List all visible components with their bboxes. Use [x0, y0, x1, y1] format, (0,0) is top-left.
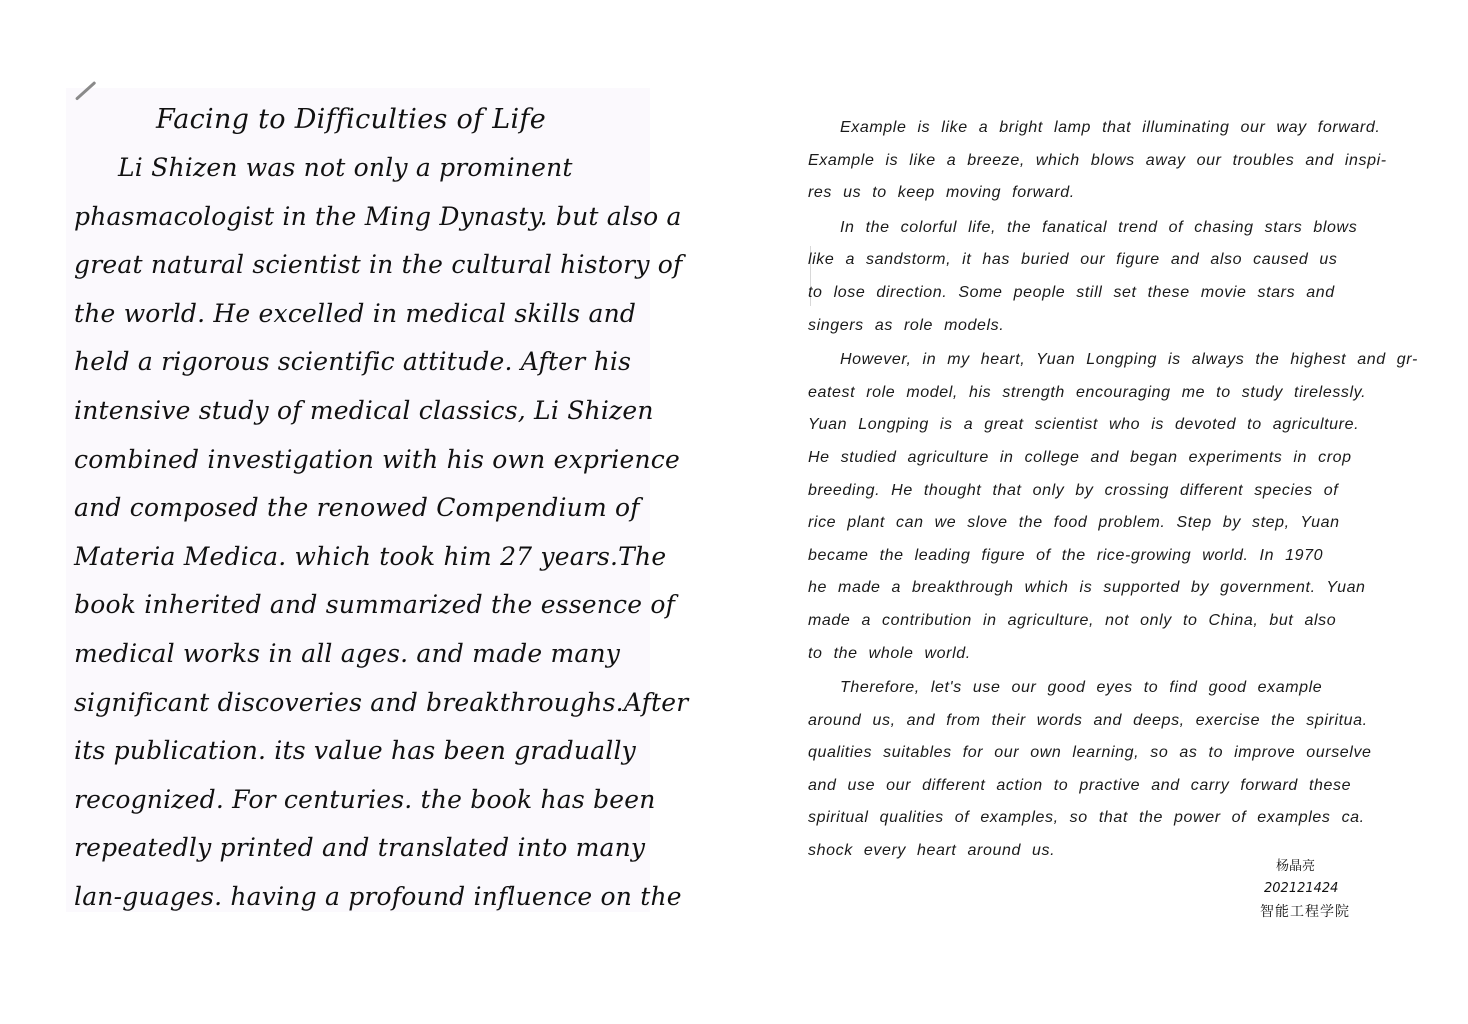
handwritten-line: significant discoveries and breakthrough… — [74, 679, 650, 728]
handwritten-line: combined investigation with his own expr… — [74, 436, 650, 485]
handwritten-line: the world. He excelled in medical skills… — [74, 290, 650, 339]
handwritten-line: Materia Medica. which took him 27 years.… — [74, 533, 650, 582]
handwritten-line: spiritual qualities of examples, so that… — [808, 802, 1408, 835]
handwritten-line: to lose direction. Some people still set… — [808, 277, 1408, 310]
handwritten-line: phasmacologist in the Ming Dynasty. but … — [74, 193, 650, 242]
handwritten-line: and use our different action to practive… — [808, 770, 1408, 803]
right-essay-body: Example is like a bright lamp that illum… — [808, 112, 1408, 868]
student-id: 202121424 — [1262, 878, 1382, 900]
handwritten-line: lan-guages. having a profound influence … — [74, 873, 650, 922]
left-essay-body: Li Shizen was not only a prominentphasma… — [74, 144, 650, 922]
handwritten-line: medical works in all ages. and made many — [74, 630, 650, 679]
handwritten-line: became the leading figure of the rice-gr… — [808, 540, 1408, 573]
handwritten-line: singers as role models. — [808, 310, 1408, 343]
handwritten-line: and composed the renowed Compendium of — [74, 484, 650, 533]
handwritten-line: breeding. He thought that only by crossi… — [808, 475, 1408, 508]
handwritten-line: made a contribution in agriculture, not … — [808, 605, 1408, 638]
handwritten-line: Example is like a breeze, which blows aw… — [808, 145, 1408, 178]
handwritten-line: repeatedly printed and translated into m… — [74, 824, 650, 873]
handwritten-line: book inherited and summarized the essenc… — [74, 581, 650, 630]
handwritten-line: In the colorful life, the fanatical tren… — [808, 212, 1408, 245]
handwritten-line: res us to keep moving forward. — [808, 177, 1408, 210]
handwritten-line: he made a breakthrough which is supporte… — [808, 572, 1408, 605]
pencil-mark — [75, 81, 96, 101]
handwritten-line: great natural scientist in the cultural … — [74, 241, 650, 290]
handwritten-line: like a sandstorm, it has buried our figu… — [808, 244, 1408, 277]
handwritten-line: intensive study of medical classics, Li … — [74, 387, 650, 436]
handwritten-line: rice plant can we slove the food problem… — [808, 507, 1408, 540]
handwritten-line: eatest role model, his strength encourag… — [808, 377, 1408, 410]
left-handwritten-page: Facing to Difficulties of Life Li Shizen… — [66, 88, 650, 912]
essay-title: Facing to Difficulties of Life — [156, 104, 546, 135]
handwritten-line: recognized. For centuries. the book has … — [74, 776, 650, 825]
handwritten-line: He studied agriculture in college and be… — [808, 442, 1408, 475]
signature-block: 杨晶亮 202121424 智能工程学院 — [1262, 856, 1382, 924]
handwritten-line: Example is like a bright lamp that illum… — [808, 112, 1408, 145]
handwritten-line: Therefore, let's use our good eyes to fi… — [808, 672, 1408, 705]
handwritten-line: held a rigorous scientific attitude. Aft… — [74, 338, 650, 387]
handwritten-line: to the whole world. — [808, 638, 1408, 671]
handwritten-line: Yuan Longping is a great scientist who i… — [808, 409, 1408, 442]
handwritten-line: However, in my heart, Yuan Longping is a… — [808, 344, 1408, 377]
school-name: 智能工程学院 — [1260, 900, 1382, 924]
handwritten-line: qualities suitables for our own learning… — [808, 737, 1408, 770]
author-name: 杨晶亮 — [1262, 856, 1382, 878]
handwritten-line: around us, and from their words and deep… — [808, 705, 1408, 738]
handwritten-line: Li Shizen was not only a prominent — [74, 144, 650, 193]
handwritten-line: its publication. its value has been grad… — [74, 727, 650, 776]
